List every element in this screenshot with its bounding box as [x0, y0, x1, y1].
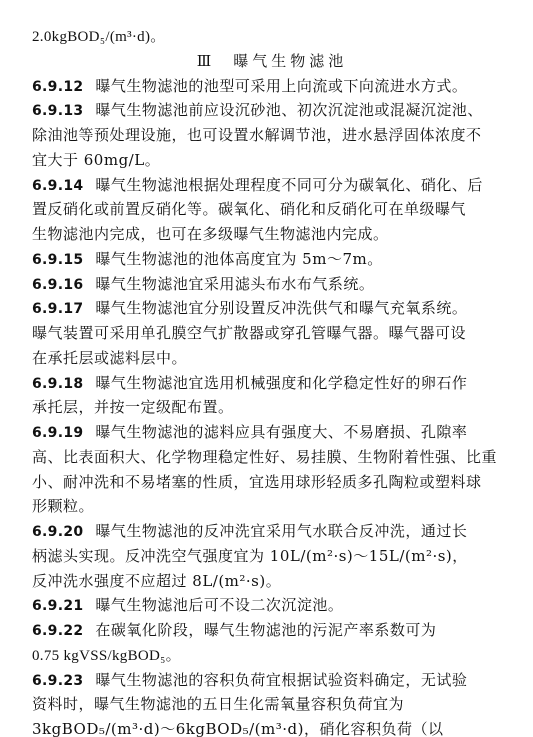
clause-6-9-23: 6.9.23曝气生物滤池的容积负荷宜根据试验资料确定，无试验 — [32, 668, 512, 693]
text-line: 形颗粒。 — [32, 494, 512, 519]
clause-6-9-20: 6.9.20曝气生物滤池的反冲洗宜采用气水联合反冲洗，通过长 — [32, 519, 512, 544]
clause-number: 6.9.15 — [32, 252, 83, 268]
text-line: 高、比表面积大、化学物理稳定性好、易挂膜、生物附着性强、比重 — [32, 445, 512, 470]
clause-number: 6.9.20 — [32, 524, 83, 540]
clause-6-9-16: 6.9.16曝气生物滤池宜采用滤头布水布气系统。 — [32, 272, 512, 297]
clause-number: 6.9.12 — [32, 79, 83, 95]
clause-number: 6.9.17 — [32, 301, 83, 317]
clause-6-9-15: 6.9.15曝气生物滤池的池体高度宜为 5m～7m。 — [32, 247, 512, 272]
clause-6-9-18: 6.9.18曝气生物滤池宜选用机械强度和化学稳定性好的卵石作 — [32, 371, 512, 396]
clause-6-9-21: 6.9.21曝气生物滤池后可不设二次沉淀池。 — [32, 593, 512, 618]
text-line: 生物滤池内完成，也可在多级曝气生物滤池内完成。 — [32, 222, 512, 247]
clause-number: 6.9.22 — [32, 623, 83, 639]
text-line: 3kgBOD₅/(m³·d)～6kgBOD₅/(m³·d)，硝化容积负荷（以 — [32, 717, 512, 737]
section-title: 曝气生物滤池 — [233, 52, 347, 70]
text-line: 2.0kgBOD₅/(m³·d)。 — [32, 24, 512, 49]
clause-6-9-19: 6.9.19曝气生物滤池的滤料应具有强度大、不易磨损、孔隙率 — [32, 420, 512, 445]
clause-number: 6.9.19 — [32, 425, 83, 441]
text-line: 0.75 kgVSS/kgBOD₅。 — [32, 643, 512, 668]
clause-6-9-12: 6.9.12曝气生物滤池的池型可采用上向流或下向流进水方式。 — [32, 74, 512, 99]
document-page: 2.0kgBOD₅/(m³·d)。 Ⅲ曝气生物滤池 6.9.12曝气生物滤池的池… — [32, 24, 512, 737]
text-line: 资料时，曝气生物滤池的五日生化需氧量容积负荷宜为 — [32, 692, 512, 717]
clause-number: 6.9.14 — [32, 178, 83, 194]
section-heading: Ⅲ曝气生物滤池 — [32, 49, 512, 74]
text-line: 小、耐冲洗和不易堵塞的性质，宜选用球形轻质多孔陶粒或塑料球 — [32, 470, 512, 495]
section-roman-numeral: Ⅲ — [197, 52, 215, 70]
clause-number: 6.9.13 — [32, 103, 83, 119]
text-line: 承托层，并按一定级配布置。 — [32, 395, 512, 420]
text-line: 柄滤头实现。反冲洗空气强度宜为 10L/(m²·s)～15L/(m²·s)， — [32, 544, 512, 569]
clause-number: 6.9.21 — [32, 598, 83, 614]
text-line: 除油池等预处理设施，也可设置水解调节池，进水悬浮固体浓度不 — [32, 123, 512, 148]
text-line: 置反硝化或前置反硝化等。碳氧化、硝化和反硝化可在单级曝气 — [32, 197, 512, 222]
clause-number: 6.9.16 — [32, 277, 83, 293]
clause-number: 6.9.23 — [32, 673, 83, 689]
clause-number: 6.9.18 — [32, 376, 83, 392]
clause-6-9-13: 6.9.13曝气生物滤池前应设沉砂池、初次沉淀池或混凝沉淀池、 — [32, 98, 512, 123]
text-line: 在承托层或滤料层中。 — [32, 346, 512, 371]
clause-6-9-14: 6.9.14曝气生物滤池根据处理程度不同可分为碳氧化、硝化、后 — [32, 173, 512, 198]
clause-6-9-22: 6.9.22在碳氧化阶段，曝气生物滤池的污泥产率系数可为 — [32, 618, 512, 643]
text-line: 宜大于 60mg/L。 — [32, 148, 512, 173]
text-line: 反冲洗水强度不应超过 8L/(m²·s)。 — [32, 569, 512, 594]
text-line: 曝气装置可采用单孔膜空气扩散器或穿孔管曝气器。曝气器可设 — [32, 321, 512, 346]
clause-6-9-17: 6.9.17曝气生物滤池宜分别设置反冲洗供气和曝气充氧系统。 — [32, 296, 512, 321]
